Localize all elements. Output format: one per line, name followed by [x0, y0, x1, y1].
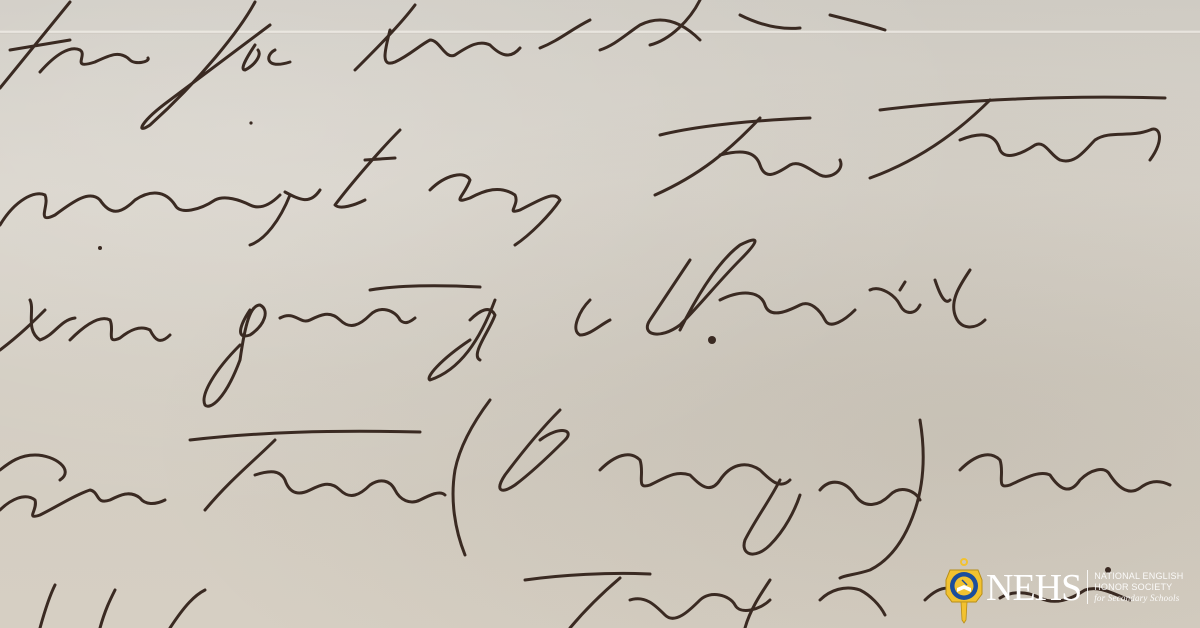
logo-line-1: NATIONAL ENGLISH	[1094, 571, 1183, 582]
handwriting-line-4	[0, 400, 1170, 578]
logo-line-3: for Secondary Schools	[1094, 593, 1183, 604]
handwriting-line-2	[0, 97, 1165, 245]
handwriting-line-1	[0, 0, 885, 128]
handwritten-letter-photo: NEHS NATIONAL ENGLISH HONOR SOCIETY for …	[0, 0, 1200, 628]
logo-line-2: HONOR SOCIETY	[1094, 582, 1183, 593]
nehs-key-pin-icon	[944, 558, 984, 624]
nehs-logo: NEHS NATIONAL ENGLISH HONOR SOCIETY for …	[944, 558, 1183, 624]
logo-divider	[1087, 570, 1088, 604]
ink-specks	[98, 121, 1111, 573]
handwriting-ink	[0, 0, 1200, 628]
logo-wordmark: NEHS	[986, 569, 1081, 607]
logo-tagline: NATIONAL ENGLISH HONOR SOCIETY for Secon…	[1094, 571, 1183, 604]
handwriting-line-3	[0, 240, 985, 406]
